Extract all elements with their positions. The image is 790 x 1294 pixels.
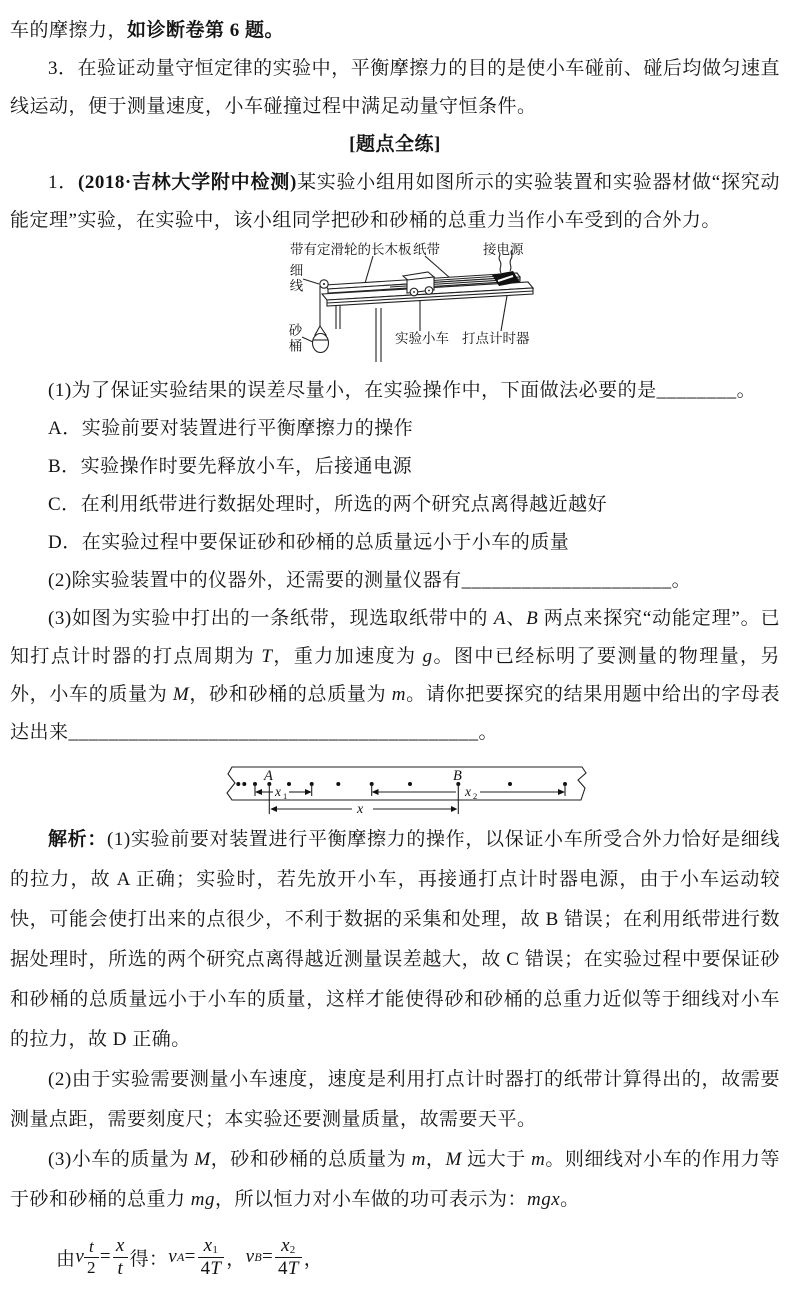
option-a: A．实验前要对装置进行平衡摩擦力的操作 (0, 410, 790, 448)
option-c: C．在利用纸带进行数据处理时，所选的两个研究点离得越近越好 (0, 486, 790, 524)
paragraph-top: 车的摩擦力，如诊断卷第 6 题。 (0, 12, 790, 50)
part1-question: (1)为了保证实验结果的误差尽量小，在实验操作中，下面做法必要的是_______… (0, 372, 790, 410)
paragraph-top-normal: 车的摩擦力， (10, 20, 127, 41)
x1-label-sub: 1 (283, 791, 287, 801)
solution-p2: (2)由于实验需要测量小车速度，速度是利用打点计时器打的纸带计算得出的，故需要测… (0, 1060, 790, 1140)
tape-figure: A B x 1 x 2 x (0, 752, 790, 820)
part3-question: (3)如图为实验中打出的一条纸带，现选取纸带中的 A、B 两点来探究“动能定理”… (0, 600, 790, 752)
derive-text: 得： (130, 1244, 169, 1271)
question-intro: 1．(2018·吉林大学附中检测)某实验小组用如图所示的实验装置和实验器材做“探… (0, 164, 790, 240)
section-header: [题点全练] (0, 126, 790, 164)
fraction-x2-over-4T: x24T (275, 1235, 302, 1280)
power-label: 接电源 (483, 241, 524, 257)
formula-lead: 由 (56, 1244, 75, 1271)
solution-label: 解析： (48, 829, 107, 850)
formula-line: 由 vt2 = xt 得： vA = x14T ， vB = x24T ， (0, 1220, 790, 1294)
comma-separator: ， (226, 1244, 245, 1271)
document-page: 车的摩擦力，如诊断卷第 6 题。 3．在验证动量守恒定律的实验中，平衡摩擦力的目… (0, 12, 790, 1294)
solution-p1: 解析：(1)实验前要对装置进行平衡摩擦力的操作，以保证小车所受合外力恰好是细线的… (0, 820, 790, 1060)
paragraph-top-bold: 如诊断卷第 6 题。 (127, 20, 284, 41)
pulley-icon (320, 280, 328, 288)
option-b: B．实验操作时要先释放小车，后接通电源 (0, 448, 790, 486)
tape-drawing: A B x 1 x 2 x (210, 752, 600, 818)
velocity-symbol: v (75, 1246, 84, 1268)
x2-label-sub: 2 (473, 791, 477, 801)
equals-sign-2: = (185, 1246, 196, 1268)
paragraph-point3: 3．在验证动量守恒定律的实验中，平衡摩擦力的目的是使小车碰前、碰后均做匀速直线运… (0, 50, 790, 126)
x-measure (270, 806, 457, 812)
apparatus-drawing: 带有定滑轮的长木板 纸带 接电源 细线 砂桶 实验小车 打点计时器 (270, 240, 560, 372)
formula-tail-comma: ， (304, 1244, 323, 1271)
part2-question: (2)除实验装置中的仪器外，还需要的测量仪器有_________________… (0, 562, 790, 600)
solution-p1-text: (1)实验前要对装置进行平衡摩擦力的操作，以保证小车所受合外力恰好是细线的拉力，… (10, 829, 780, 1050)
equals-sign-3: = (262, 1246, 273, 1268)
velocity-a-symbol: v (168, 1246, 177, 1268)
fraction-x1-over-4T: x14T (198, 1235, 225, 1280)
string-leader-line (303, 279, 319, 284)
x1-label: x (274, 784, 281, 799)
fraction-x-over-t: xt (113, 1235, 128, 1280)
question-source: (2018·吉林大学附中检测) (78, 172, 297, 193)
velocity-b-symbol: v (246, 1246, 255, 1268)
x-label: x (356, 802, 364, 817)
timer-label: 打点计时器 (462, 330, 530, 346)
sand-bucket-shape (313, 326, 329, 353)
equals-sign-1: = (100, 1246, 111, 1268)
x2-label: x (464, 784, 471, 799)
tape-label: 纸带 (413, 241, 440, 257)
bucket-label: 砂桶 (287, 322, 303, 354)
board-label: 带有定滑轮的长木板 (290, 241, 412, 257)
point-a-label: A (263, 768, 273, 784)
question-number: 1． (48, 172, 78, 193)
cart-label: 实验小车 (395, 331, 449, 346)
solution-p3: (3)小车的质量为 M，砂和砂桶的总质量为 m，M 远大于 m。则细线对小车的作… (0, 1140, 790, 1220)
velocity-subscript-fraction: t2 (84, 1237, 99, 1277)
option-d: D．在实验过程中要保证砂和砂桶的总质量远小于小车的质量 (0, 524, 790, 562)
string-label: 细线 (288, 263, 304, 294)
point-b-label: B (453, 768, 462, 784)
cart-shape (403, 272, 434, 296)
bucket-leader-line (302, 337, 313, 342)
apparatus-figure: 带有定滑轮的长木板 纸带 接电源 细线 砂桶 实验小车 打点计时器 (0, 240, 790, 372)
